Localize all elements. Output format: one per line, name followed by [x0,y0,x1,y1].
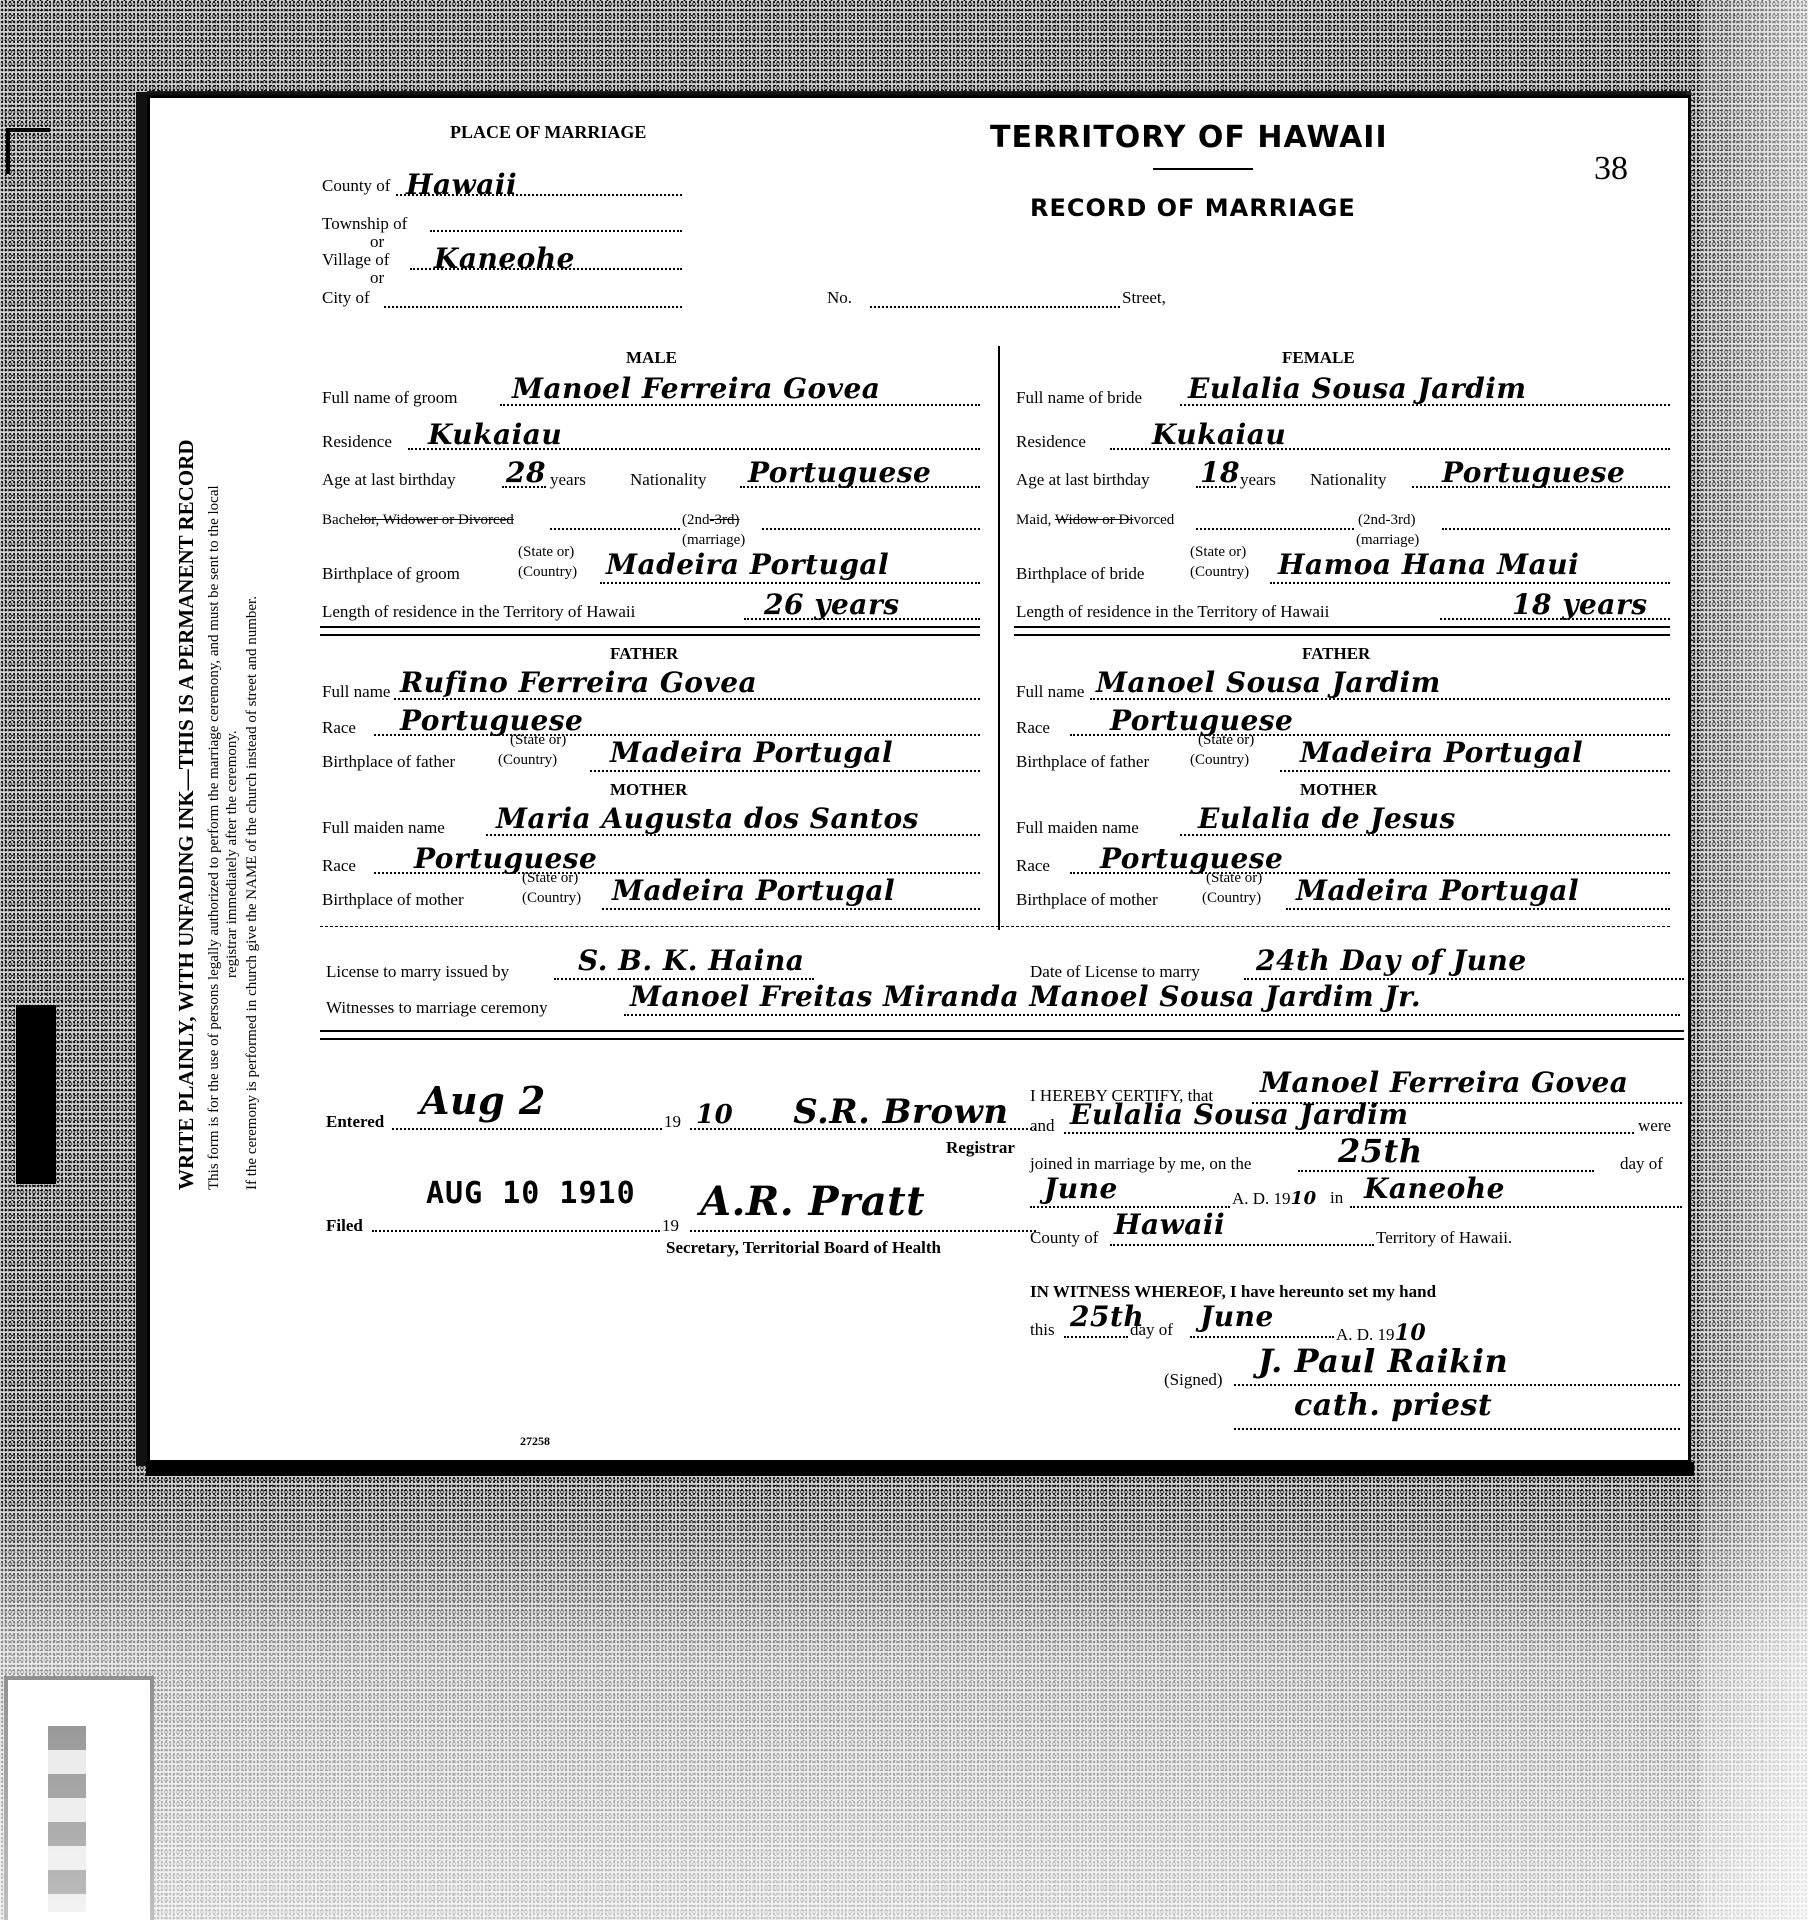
bride-mother-race-label: Race [1016,856,1050,876]
bride-birthplace-field[interactable]: Hamoa Hana Maui [1270,548,1670,584]
joined-label: joined in marriage by me, on the [1030,1154,1251,1174]
territory-label: Territory of Hawaii. [1376,1228,1512,1248]
groom-mother-race-field[interactable]: Portuguese [374,842,980,874]
bride-father-birthplace-field[interactable]: Madeira Portugal [1280,736,1670,772]
groom-birthplace-field[interactable]: Madeira Portugal [600,548,980,584]
groom-father-birthplace-country: (Country) [498,752,557,769]
groom-father-race-label: Race [322,718,356,738]
street-number-field[interactable] [870,286,1120,308]
or-label-2: or [370,268,384,288]
male-heading: MALE [626,348,677,368]
certify-bride-value: Eulalia Sousa Jardim [1070,1098,1409,1131]
witnesses-label: Witnesses to marriage ceremony [326,998,548,1018]
witness-month-value: June [1200,1300,1274,1333]
female-heading: FEMALE [1282,348,1355,368]
license-issued-by-label: License to marry issued by [326,962,509,982]
in-label: in [1330,1188,1343,1208]
street-label: Street, [1122,288,1166,308]
bride-name-label: Full name of bride [1016,388,1142,408]
groom-status-bachelor: Bache [322,512,359,528]
side-instruction-line2a: This form is for the use of persons lega… [206,485,223,1190]
bride-residence-field[interactable]: Kukaiau [1110,418,1670,450]
bride-father-name-field[interactable]: Manoel Sousa Jardim [1090,666,1670,700]
groom-father-birthplace-state-or: (State or) [510,732,566,749]
certificate-county-label: County of [1030,1228,1098,1248]
this-label: this [1030,1320,1055,1340]
or-label-1: or [370,232,384,252]
groom-father-birthplace-value: Madeira Portugal [610,736,893,769]
license-date-field[interactable]: 24th Day of June [1244,944,1684,980]
groom-father-name-value: Rufino Ferreira Govea [400,666,757,699]
paper-edge-shadow [146,1462,1694,1476]
document-subtitle: RECORD OF MARRIAGE [1030,194,1356,222]
bride-mother-heading: MOTHER [1300,780,1377,800]
groom-father-name-label: Full name [322,682,390,702]
groom-marriage-word: (marriage) [682,532,745,549]
groom-birthplace-label: Birthplace of groom [322,564,460,584]
groom-residence-length-label: Length of residence in the Territory of … [322,602,635,622]
scan-background-fade-right [1700,0,1808,1920]
bride-residence-value: Kukaiau [1152,418,1286,451]
marriage-year-value: 10 [1291,1188,1317,1209]
bride-name-value: Eulalia Sousa Jardim [1188,372,1527,405]
marriage-day-field[interactable]: 25th [1298,1132,1594,1172]
groom-residence-length-field[interactable]: 26 years [744,588,980,620]
street-number-label: No. [827,288,852,308]
bride-residence-length-label: Length of residence in the Territory of … [1016,602,1329,622]
bride-status-divorced-suffix: vorced [1133,512,1174,528]
groom-mother-heading: MOTHER [610,780,687,800]
groom-age-value: 28 [506,456,546,489]
witness-day-field[interactable]: 25th [1064,1300,1128,1338]
groom-birthplace-country: (Country) [518,564,577,581]
groom-mother-name-value: Maria Augusta dos Santos [496,802,919,835]
scan-margin-bar [16,1005,56,1184]
registrar-signature: S.R. Brown [793,1092,1008,1132]
bride-nationality-label: Nationality [1310,470,1386,490]
bride-mother-birthplace-country: (Country) [1202,890,1261,907]
groom-mother-birthplace-value: Madeira Portugal [612,874,895,907]
registrar-label: Registrar [946,1138,1015,1158]
ad-label: A. D. 19 [1232,1189,1291,1208]
groom-mother-race-label: Race [322,856,356,876]
groom-mother-name-label: Full maiden name [322,818,445,838]
groom-name-value: Manoel Ferreira Govea [512,372,880,405]
bride-birthplace-country: (Country) [1190,564,1249,581]
place-of-marriage-heading: PLACE OF MARRIAGE [450,122,646,143]
column-divider [998,346,1000,930]
secretary-label: Secretary, Territorial Board of Health [666,1238,941,1258]
groom-name-label: Full name of groom [322,388,458,408]
secretary-signature: A.R. Pratt [700,1178,925,1225]
village-value: Kaneohe [434,242,575,275]
secretary-signature-field[interactable]: A.R. Pratt [690,1178,1036,1232]
bride-father-race-field[interactable]: Portuguese [1070,704,1670,736]
bride-age-field[interactable]: 18 [1196,456,1236,488]
bride-name-field[interactable]: Eulalia Sousa Jardim [1180,372,1670,406]
bride-father-name-label: Full name [1016,682,1084,702]
city-field[interactable] [384,286,682,308]
groom-mother-name-field[interactable]: Maria Augusta dos Santos [486,802,980,836]
groom-father-race-field[interactable]: Portuguese [374,704,980,736]
groom-residence-label: Residence [322,432,392,452]
form-number: 27258 [520,1434,550,1449]
bride-years-label: years [1240,470,1276,490]
groom-nationality-field[interactable]: Portuguese [740,456,980,488]
groom-marriage-num-3rd: -3rd) [710,512,740,528]
certificate-county-field[interactable]: Hawaii [1110,1208,1374,1246]
bride-residence-label: Residence [1016,432,1086,452]
bride-nationality-field[interactable]: Portuguese [1412,456,1670,488]
bride-father-heading: FATHER [1302,644,1370,664]
bride-marriage-word: (marriage) [1356,532,1419,549]
officiant-signature: J. Paul Raikin [1258,1342,1508,1380]
groom-birthplace-value: Madeira Portugal [606,548,889,581]
certify-bride-field[interactable]: Eulalia Sousa Jardim [1064,1098,1634,1134]
groom-father-heading: FATHER [610,644,678,664]
side-instruction-main: WRITE PLAINLY, WITH UNFADING INK—THIS IS… [174,439,199,1190]
title-rule [1153,168,1253,170]
groom-age-field[interactable]: 28 [502,456,546,488]
license-date-label: Date of License to marry [1030,962,1200,982]
marriage-day-value: 25th [1338,1132,1423,1170]
groom-father-name-field[interactable]: Rufino Ferreira Govea [394,666,980,700]
filed-label: Filed [326,1216,363,1236]
certify-groom-value: Manoel Ferreira Govea [1260,1066,1628,1099]
registrar-signature-field[interactable]: 10S.R. Brown [690,1092,1036,1130]
bride-birthplace-value: Hamoa Hana Maui [1278,548,1579,581]
bride-birthplace-label: Birthplace of bride [1016,564,1144,584]
bride-father-name-value: Manoel Sousa Jardim [1096,666,1441,699]
entered-label: Entered [326,1112,384,1132]
bride-nationality-value: Portuguese [1442,456,1625,489]
bride-mother-name-label: Full maiden name [1016,818,1139,838]
side-instruction-line3: If the ceremony is performed in church g… [244,596,261,1190]
entered-year-prefix: 19 [664,1112,681,1132]
township-field[interactable] [430,210,682,232]
groom-father-birthplace-label: Birthplace of father [322,752,455,772]
signed-label: (Signed) [1164,1370,1223,1390]
female-section-rule [1014,626,1670,636]
certify-were-label: were [1638,1116,1671,1136]
family-section-rule [320,926,1670,928]
bride-father-birthplace-value: Madeira Portugal [1300,736,1583,769]
marriage-place-value: Kaneohe [1364,1172,1505,1205]
officiant-title-field[interactable]: cath. priest [1234,1388,1680,1430]
township-label: Township of [322,214,407,234]
groom-mother-birthplace-label: Birthplace of mother [322,890,464,910]
bride-father-race-label: Race [1016,718,1050,738]
bride-marriage-count-field[interactable] [1442,512,1670,530]
bride-mother-name-value: Eulalia de Jesus [1198,802,1456,835]
groom-nationality-value: Portuguese [748,456,931,489]
bride-residence-length-field[interactable]: 18 years [1440,588,1670,620]
groom-name-field[interactable]: Manoel Ferreira Govea [500,372,980,406]
county-field[interactable]: Hawaii [396,168,682,196]
witnesses-field[interactable]: Manoel Freitas Miranda Manoel Sousa Jard… [624,980,1680,1016]
side-instruction-line2b: registrar immediately after the ceremony… [224,730,241,978]
groom-years-label: years [550,470,586,490]
groom-residence-length-value: 26 years [764,588,899,621]
groom-father-birthplace-field[interactable]: Madeira Portugal [590,736,980,772]
marriage-place-field[interactable]: Kaneohe [1350,1172,1682,1208]
witness-month-field[interactable]: June [1190,1300,1334,1338]
bride-mother-birthplace-value: Madeira Portugal [1296,874,1579,907]
filed-date-field[interactable] [372,1212,660,1232]
county-label: County of [322,176,390,195]
witnesses-value: Manoel Freitas Miranda Manoel Sousa Jard… [630,980,1421,1013]
bride-marriage-num: (2nd-3rd) [1358,512,1415,529]
bride-status-maid: Maid, [1016,512,1055,528]
bride-mother-birthplace-state-or: (State or) [1206,870,1262,887]
village-label: Village of [322,250,389,270]
bride-residence-length-value: 18 years [1512,588,1647,621]
bride-age-value: 18 [1200,456,1240,489]
city-label: City of [322,288,370,308]
bride-mother-birthplace-field[interactable]: Madeira Portugal [1286,874,1670,910]
groom-residence-value: Kukaiau [428,418,562,451]
license-section-rule [320,1030,1684,1040]
officiant-signature-field[interactable]: J. Paul Raikin [1234,1342,1680,1386]
bride-mother-birthplace-label: Birthplace of mother [1016,890,1158,910]
scan-background-fade [0,1480,1808,1920]
groom-marriage-num-2nd: (2nd [682,512,710,528]
license-issued-by-field[interactable]: S. B. K. Haina [554,944,814,980]
groom-marriage-count-field[interactable] [762,512,980,530]
marriage-month-field[interactable]: June [1030,1172,1230,1208]
groom-mother-birthplace-field[interactable]: Madeira Portugal [602,874,980,910]
entered-year-value: 10 [696,1100,733,1130]
entered-date-field[interactable]: Aug 2 [392,1078,662,1130]
witness-day-of-label: day of [1130,1320,1173,1340]
certificate-county-value: Hawaii [1114,1208,1225,1241]
certify-and-label: and [1030,1116,1055,1136]
day-of-label: day of [1620,1154,1663,1174]
bride-father-birthplace-state-or: (State or) [1198,732,1254,749]
document-title: TERRITORY OF HAWAII [990,120,1388,155]
groom-status-struck: lor, Widower or Divorced [359,512,513,528]
bride-status-struck: Widow or Di [1055,512,1134,528]
bride-status-field[interactable] [1196,512,1354,530]
bride-father-birthplace-country: (Country) [1190,752,1249,769]
license-date-value: 24th Day of June [1256,944,1527,977]
officiant-title: cath. priest [1294,1388,1492,1423]
groom-age-label: Age at last birthday [322,470,456,490]
groom-status-field[interactable] [550,512,680,530]
bride-mother-name-field[interactable]: Eulalia de Jesus [1180,802,1670,836]
groom-mother-birthplace-country: (Country) [522,890,581,907]
groom-birthplace-state-or: (State or) [518,544,574,561]
county-value: Hawaii [406,168,517,201]
witness-whereof-label: IN WITNESS WHEREOF, I have hereunto set … [1030,1282,1436,1302]
filed-date-stamp: AUG 10 1910 [426,1176,636,1211]
village-field[interactable]: Kaneohe [410,242,682,270]
license-issued-by-value: S. B. K. Haina [578,944,804,977]
bride-birthplace-state-or: (State or) [1190,544,1246,561]
marriage-month-value: June [1044,1172,1118,1205]
groom-mother-birthplace-state-or: (State or) [522,870,578,887]
groom-residence-field[interactable]: Kukaiau [408,418,980,450]
bride-father-birthplace-label: Birthplace of father [1016,752,1149,772]
scan-corner-mark [6,128,50,174]
bride-age-label: Age at last birthday [1016,470,1150,490]
entered-date-value: Aug 2 [420,1078,546,1123]
page-number: 38 [1594,150,1628,188]
filed-year-prefix: 19 [662,1216,679,1236]
male-section-rule [320,626,980,636]
groom-nationality-label: Nationality [630,470,706,490]
bride-mother-race-field[interactable]: Portuguese [1070,842,1670,874]
marriage-record-form: WRITE PLAINLY, WITH UNFADING INK—THIS IS… [150,98,1688,1460]
